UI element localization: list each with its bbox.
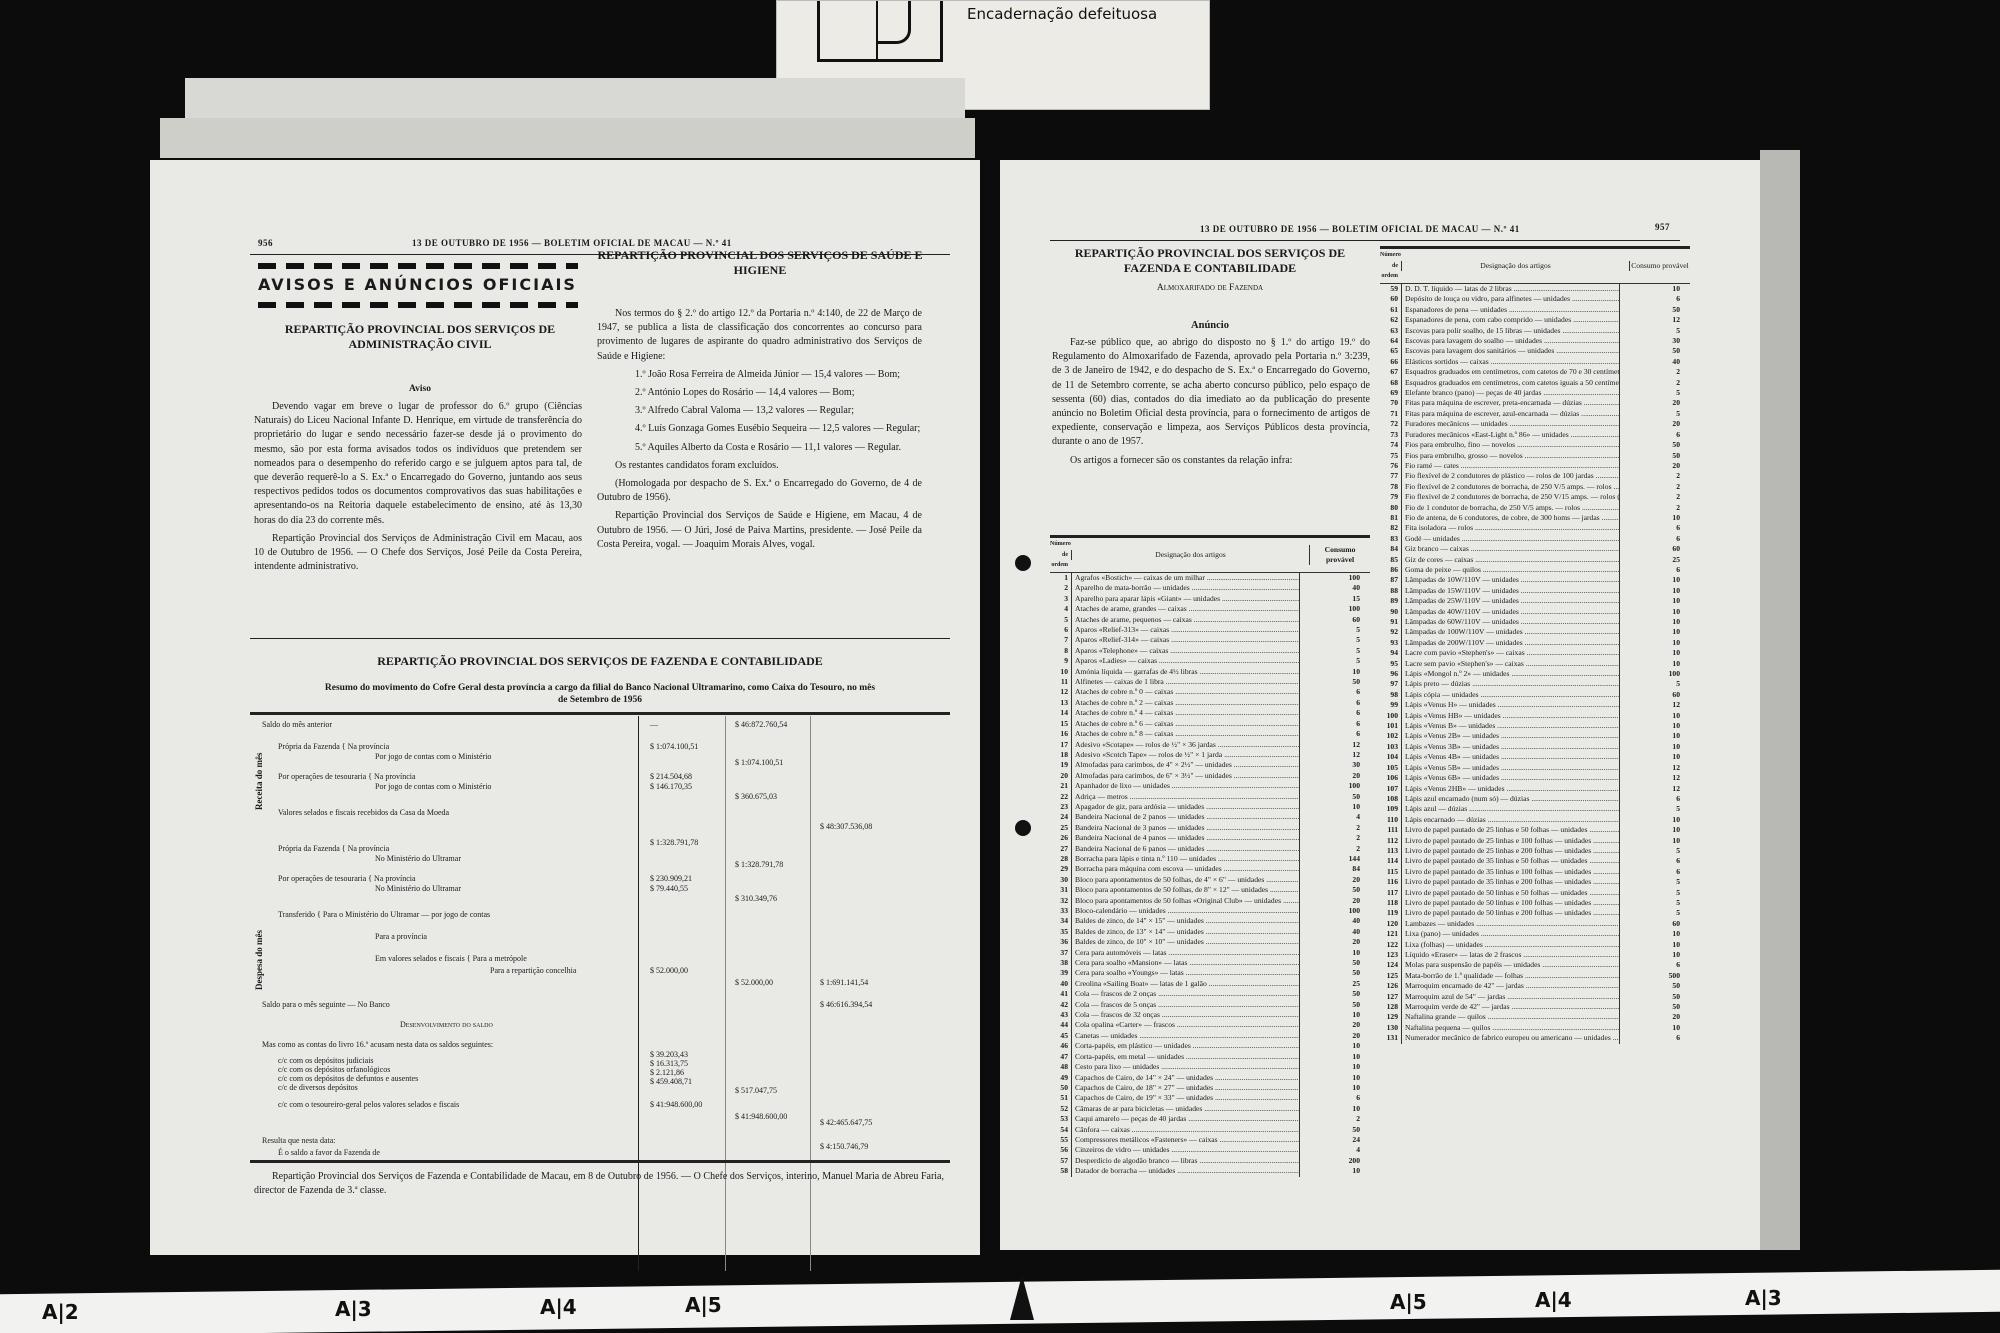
fin-row-c3: $ 1:691.141,54 (820, 978, 868, 987)
saude-intro: Nos termos do § 2.º do artigo 12.º da Po… (597, 307, 922, 364)
frame-marker: A|4 (540, 1295, 577, 1319)
table-header: Número de ordem Designação dos artigos C… (1380, 249, 1690, 284)
item-designation: Lambazes — unidades (1401, 919, 1619, 929)
table-row: 5Ataches de arame, pequenos — caixas60 (1050, 615, 1370, 625)
item-designation: Lápis «Venus B» — unidades (1401, 721, 1619, 731)
item-designation: Almofadas para carimbos, de 6" × 3½" — u… (1071, 771, 1299, 781)
item-number: 42 (1050, 1000, 1071, 1010)
item-designation: Godé — unidades (1401, 534, 1619, 544)
table-row: 12Ataches de cobre n.º 0 — caixas6 (1050, 687, 1370, 697)
table-row: 131Numerador mecânico de fabrico europeu… (1380, 1033, 1690, 1043)
table-row: 68Esquadros graduados em centímetros, co… (1380, 378, 1690, 388)
item-designation: Corta-papéis, em metal — unidades (1071, 1052, 1299, 1062)
item-number: 64 (1380, 336, 1401, 346)
table-row: 88Lâmpadas de 15W/110V — unidades10 (1380, 586, 1690, 596)
item-consumption: 50 (1619, 440, 1690, 450)
item-number: 5 (1050, 615, 1071, 625)
col-designation-header: Designação dos artigos (1071, 550, 1309, 560)
table-row: 23Apagador de giz, para ardósia — unidad… (1050, 802, 1370, 812)
item-number: 47 (1050, 1052, 1071, 1062)
fin-row-c1: $ 1:074.100,51 (650, 742, 698, 751)
table-header: Número de ordem Designação dos artigos C… (1050, 538, 1370, 573)
fin-row-c1: — (650, 720, 658, 729)
item-number: 101 (1380, 721, 1401, 731)
table-row: 31Bloco para apontamentos de 50 folhas, … (1050, 885, 1370, 895)
item-consumption: 20 (1619, 461, 1690, 471)
table-row: 117Livro de papel pautado de 50 linhas e… (1380, 888, 1690, 898)
item-designation: Naftalina grande — quilos (1401, 1012, 1619, 1022)
item-consumption: 12 (1619, 700, 1690, 710)
item-number: 4 (1050, 604, 1071, 614)
item-number: 39 (1050, 968, 1071, 978)
table-row: 109Lápis azul — dúzias5 (1380, 804, 1690, 814)
item-number: 54 (1050, 1125, 1071, 1135)
item-number: 14 (1050, 708, 1071, 718)
item-designation: Adesivo «Scotape» — rolos de ½" × 36 jar… (1071, 740, 1299, 750)
item-consumption: 6 (1299, 719, 1370, 729)
item-number: 60 (1380, 294, 1401, 304)
item-number: 95 (1380, 659, 1401, 669)
item-consumption: 10 (1619, 731, 1690, 741)
table-row: 71Fitas para máquina de escrever, azul-e… (1380, 409, 1690, 419)
item-number: 45 (1050, 1031, 1071, 1041)
table-row: 19Almofadas para carimbos, de 4" × 2½" —… (1050, 760, 1370, 770)
item-designation: Marroquim encarnado de 42" — jardas (1401, 981, 1619, 991)
film-strip-bottom (0, 1270, 2000, 1333)
table-row: 105Lápis «Venus 5B» — unidades12 (1380, 763, 1690, 773)
item-consumption: 6 (1619, 856, 1690, 866)
item-designation: Molas para suspensão de papéis — unidade… (1401, 960, 1619, 970)
item-consumption: 2 (1299, 844, 1370, 854)
item-designation: Lacre sem pavio «Stephen's» — caixas (1401, 659, 1619, 669)
item-designation: Bloco para apontamentos de 50 folhas «Or… (1071, 896, 1299, 906)
item-designation: Compressores metálicos «Fasteners» — cai… (1071, 1135, 1299, 1145)
col-number-header: Número de ordem (1380, 250, 1401, 281)
table-row: 53Caqui amarelo — peças de 40 jardas2 (1050, 1114, 1370, 1124)
fin-row-c2: $ 1:328.791,78 (735, 860, 783, 869)
item-number: 68 (1380, 378, 1401, 388)
item-consumption: 25 (1619, 555, 1690, 565)
item-designation: Apagador de giz, para ardósia — unidades (1071, 802, 1299, 812)
table-row: 120Lambazes — unidades60 (1380, 919, 1690, 929)
item-number: 19 (1050, 760, 1071, 770)
item-number: 10 (1050, 667, 1071, 677)
item-consumption: 20 (1299, 1031, 1370, 1041)
item-designation: Escovas para lavagem dos sanitários — un… (1401, 346, 1619, 356)
item-designation: Ataches de cobre n.º 6 — caixas (1071, 719, 1299, 729)
item-number: 16 (1050, 729, 1071, 739)
item-consumption: 20 (1619, 398, 1690, 408)
item-number: 122 (1380, 940, 1401, 950)
table-row: 83Godé — unidades6 (1380, 534, 1690, 544)
fazenda-signature: Repartição Provincial dos Serviços de Fa… (254, 1170, 944, 1198)
fin-row-label: Resulta que nesta data: (262, 1136, 336, 1145)
item-consumption: 100 (1299, 573, 1370, 583)
item-number: 83 (1380, 534, 1401, 544)
item-number: 80 (1380, 503, 1401, 513)
table-2-body: 59D. D. T. líquido — latas de 2 libras10… (1380, 284, 1690, 1044)
item-consumption: 5 (1619, 326, 1690, 336)
item-consumption: 5 (1619, 888, 1690, 898)
item-number: 108 (1380, 794, 1401, 804)
item-number: 78 (1380, 482, 1401, 492)
item-consumption: 10 (1619, 284, 1690, 294)
item-consumption: 10 (1619, 1023, 1690, 1033)
item-consumption: 6 (1619, 294, 1690, 304)
saude-signature: Repartição Provincial dos Serviços de Sa… (597, 509, 922, 552)
item-consumption: 50 (1299, 1125, 1370, 1135)
item-designation: Cera para automóveis — latas (1071, 948, 1299, 958)
page-stack-right (1760, 150, 1800, 1250)
item-number: 1 (1050, 573, 1071, 583)
item-consumption: 20 (1299, 896, 1370, 906)
candidate-2: 2.º António Lopes do Rosário — 14,4 valo… (597, 386, 922, 400)
item-consumption: 60 (1619, 544, 1690, 554)
item-consumption: 20 (1299, 1020, 1370, 1030)
table-row: 92Lâmpadas de 100W/110V — unidades10 (1380, 627, 1690, 637)
item-designation: Livro de papel pautado de 25 linhas e 10… (1401, 836, 1619, 846)
item-consumption: 144 (1299, 854, 1370, 864)
table-row: 36Baldes de zinco, de 10" × 10" — unidad… (1050, 937, 1370, 947)
fin-row-label: Saldo para o mês seguinte — No Banco (262, 1000, 390, 1009)
item-number: 17 (1050, 740, 1071, 750)
item-consumption: 25 (1299, 979, 1370, 989)
page-number-right: 957 (1655, 222, 1670, 232)
item-consumption: 50 (1619, 981, 1690, 991)
item-number: 109 (1380, 804, 1401, 814)
col-designation-header: Designação dos artigos (1401, 261, 1629, 271)
fin-row-c3: $ 4:150.746,79 (820, 1142, 868, 1151)
item-consumption: 60 (1619, 919, 1690, 929)
item-designation: Escovas para polir soalho, de 15 libras … (1401, 326, 1619, 336)
table-row: 41Cola — frascos de 2 onças50 (1050, 989, 1370, 999)
item-number: 66 (1380, 357, 1401, 367)
item-designation: Livro de papel pautado de 35 linhas e 10… (1401, 867, 1619, 877)
item-designation: Baldes de zinco, de 10" × 10" — unidades (1071, 937, 1299, 947)
item-designation: Lâmpadas de 60W/110V — unidades (1401, 617, 1619, 627)
item-number: 38 (1050, 958, 1071, 968)
item-designation: Lápis preto — dúzias (1401, 679, 1619, 689)
item-number: 128 (1380, 1002, 1401, 1012)
item-consumption: 30 (1299, 760, 1370, 770)
table-row: 125Mata-borrão de 1.ª qualidade — folhas… (1380, 971, 1690, 981)
item-number: 55 (1050, 1135, 1071, 1145)
item-consumption: 84 (1299, 864, 1370, 874)
item-number: 87 (1380, 575, 1401, 585)
item-consumption: 24 (1299, 1135, 1370, 1145)
item-consumption: 10 (1299, 1041, 1370, 1051)
table-row: 15Ataches de cobre n.º 6 — caixas6 (1050, 719, 1370, 729)
fin-row-label: c/c com os depósitos de defuntos e ausen… (278, 1074, 418, 1083)
item-designation: Elefante branco (pano) — peças de 40 jar… (1401, 388, 1619, 398)
fin-row-label: No Ministério do Ultramar (375, 884, 461, 893)
item-consumption: 2 (1619, 378, 1690, 388)
item-designation: Lâmpadas de 25W/110V — unidades (1401, 596, 1619, 606)
item-consumption: 10 (1619, 648, 1690, 658)
table-row: 102Lápis «Venus 2B» — unidades10 (1380, 731, 1690, 741)
table-row: 46Corta-papéis, em plástico — unidades10 (1050, 1041, 1370, 1051)
item-number: 121 (1380, 929, 1401, 939)
fin-row-label: c/c com o tesoureiro-geral pelos valores… (278, 1100, 459, 1109)
item-consumption: 5 (1619, 804, 1690, 814)
table-row: 34Baldes de zinco, de 14" × 15" — unidad… (1050, 916, 1370, 926)
item-designation: Lápis «Venus 5B» — unidades (1401, 763, 1619, 773)
item-designation: Desperdício de algodão branco — libras (1071, 1156, 1299, 1166)
item-number: 3 (1050, 594, 1071, 604)
table-row: 89Lâmpadas de 25W/110V — unidades10 (1380, 596, 1690, 606)
item-number: 97 (1380, 679, 1401, 689)
table-row: 60Depósito de louça ou vidro, para alfin… (1380, 294, 1690, 304)
item-consumption: 2 (1299, 833, 1370, 843)
item-consumption: 40 (1619, 357, 1690, 367)
item-number: 86 (1380, 565, 1401, 575)
item-consumption: 6 (1299, 698, 1370, 708)
item-number: 23 (1050, 802, 1071, 812)
ornament-rule-top (258, 263, 578, 269)
item-consumption: 10 (1619, 752, 1690, 762)
item-consumption: 50 (1299, 1000, 1370, 1010)
table-row: 95Lacre sem pavio «Stephen's» — caixas10 (1380, 659, 1690, 669)
item-designation: Fio flexível de 2 condutores de borracha… (1401, 492, 1619, 502)
table-row: 64Escovas para lavagem do soalho — unida… (1380, 336, 1690, 346)
item-designation: Fita isoladora — rolos (1401, 523, 1619, 533)
table-row: 114Livro de papel pautado de 35 linhas e… (1380, 856, 1690, 866)
item-designation: Goma de peixe — quilos (1401, 565, 1619, 575)
table-row: 40Creolina «Sailing Boat» — latas de 1 g… (1050, 979, 1370, 989)
table-row: 90Lâmpadas de 40W/110V — unidades10 (1380, 607, 1690, 617)
fin-row-c2: $ 517.047,75 (735, 1086, 777, 1095)
item-designation: Caqui amarelo — peças de 40 jardas (1071, 1114, 1299, 1124)
item-consumption: 10 (1299, 1083, 1370, 1093)
item-designation: Escovas para lavagem do soalho — unidade… (1401, 336, 1619, 346)
item-number: 92 (1380, 627, 1401, 637)
item-number: 46 (1050, 1041, 1071, 1051)
table-row: 22Adriça — metros50 (1050, 792, 1370, 802)
saude-homologation: (Homologada por despacho de S. Ex.ª o En… (597, 477, 922, 505)
item-consumption: 10 (1619, 929, 1690, 939)
item-consumption: 10 (1619, 627, 1690, 637)
item-consumption: 10 (1619, 950, 1690, 960)
item-designation: Fio de 1 condutor de borracha, de 250 V/… (1401, 503, 1619, 513)
item-designation: Líquido «Eraser» — latas de 2 frascos (1401, 950, 1619, 960)
item-consumption: 500 (1619, 971, 1690, 981)
candidate-4: 4.º Luís Gonzaga Gomes Eusébio Sequeira … (597, 422, 922, 436)
item-consumption: 60 (1619, 690, 1690, 700)
item-number: 113 (1380, 846, 1401, 856)
table-row: 101Lápis «Venus B» — unidades10 (1380, 721, 1690, 731)
item-designation: Lâmpadas de 10W/110V — unidades (1401, 575, 1619, 585)
item-number: 41 (1050, 989, 1071, 999)
item-designation: Lâmpadas de 15W/110V — unidades (1401, 586, 1619, 596)
item-consumption: 50 (1619, 451, 1690, 461)
admin-civil-heading: REPARTIÇÃO PROVINCIAL DOS SERVIÇOS DE AD… (250, 322, 590, 352)
almox-subheading: Almoxarifado de Fazenda (1050, 283, 1370, 293)
item-number: 84 (1380, 544, 1401, 554)
item-number: 112 (1380, 836, 1401, 846)
table-row: 10Amónia líquida — garrafas de 4½ libras… (1050, 667, 1370, 677)
table-row: 29Borracha para máquina com escova — uni… (1050, 864, 1370, 874)
table-row: 73Furadores mecânicos «East-Light n.º 86… (1380, 430, 1690, 440)
table-row: 24Bandeira Nacional de 2 panos — unidade… (1050, 812, 1370, 822)
table-row: 20Almofadas para carimbos, de 6" × 3½" —… (1050, 771, 1370, 781)
item-number: 37 (1050, 948, 1071, 958)
item-consumption: 60 (1299, 615, 1370, 625)
item-consumption: 2 (1619, 503, 1690, 513)
item-consumption: 12 (1619, 784, 1690, 794)
item-designation: Lápis azul encarnado (num só) — dúzias (1401, 794, 1619, 804)
item-number: 119 (1380, 908, 1401, 918)
item-consumption: 50 (1619, 992, 1690, 1002)
item-number: 59 (1380, 284, 1401, 294)
frame-marker: A|5 (685, 1293, 722, 1317)
table-row: 130Naftalina pequena — quilos10 (1380, 1023, 1690, 1033)
table-row: 121Lixa (pano) — unidades10 (1380, 929, 1690, 939)
frame-marker: A|5 (1390, 1290, 1427, 1314)
item-designation: Alfinetes — caixas de 1 libra (1071, 677, 1299, 687)
item-number: 91 (1380, 617, 1401, 627)
fin-row-label: No Ministério do Ultramar (375, 854, 461, 863)
item-number: 110 (1380, 815, 1401, 825)
item-consumption: 50 (1299, 968, 1370, 978)
item-consumption: 4 (1299, 1145, 1370, 1155)
item-consumption: 2 (1299, 823, 1370, 833)
table-row: 103Lápis «Venus 3B» — unidades10 (1380, 742, 1690, 752)
item-number: 12 (1050, 687, 1071, 697)
item-number: 94 (1380, 648, 1401, 658)
table-row: 50Capachos de Cairo, de 18" × 27" — unid… (1050, 1083, 1370, 1093)
item-number: 126 (1380, 981, 1401, 991)
item-consumption: 10 (1619, 513, 1690, 523)
item-number: 22 (1050, 792, 1071, 802)
item-designation: Marroquim verde de 42" — jardas (1401, 1002, 1619, 1012)
table-row: 58Datador de borracha — unidades10 (1050, 1166, 1370, 1176)
item-designation: Cola — frascos de 32 onças (1071, 1010, 1299, 1020)
table-row: 39Cera para soalho «Youngs» — latas50 (1050, 968, 1370, 978)
item-designation: Lápis «Venus 4B» — unidades (1401, 752, 1619, 762)
item-number: 26 (1050, 833, 1071, 843)
table-row: 11Alfinetes — caixas de 1 libra50 (1050, 677, 1370, 687)
fin-row-c2: $ 41:948.600,00 (735, 1112, 787, 1121)
item-designation: Bloco para apontamentos de 50 folhas, de… (1071, 885, 1299, 895)
item-designation: Aparelho para aparar lápis «Giant» — uni… (1071, 594, 1299, 604)
candidate-5: 5.º Aquiles Alberto da Costa e Rosário —… (597, 441, 922, 455)
item-consumption: 2 (1619, 367, 1690, 377)
table-row: 52Câmaras de ar para bicicletas — unidad… (1050, 1104, 1370, 1114)
fin-row-c2: $ 360.675,03 (735, 792, 777, 801)
item-consumption: 2 (1619, 492, 1690, 502)
item-number: 7 (1050, 635, 1071, 645)
admin-civil-body: Devendo vagar em breve o lugar de profes… (254, 400, 582, 528)
section-title: AVISOS E ANÚNCIOS OFICIAIS (258, 275, 577, 294)
item-designation: Lápis «Venus 3B» — unidades (1401, 742, 1619, 752)
item-number: 62 (1380, 315, 1401, 325)
item-designation: Marroquim azul de 54" — jardas (1401, 992, 1619, 1002)
item-number: 57 (1050, 1156, 1071, 1166)
item-designation: Bandeira Nacional de 4 panos — unidades (1071, 833, 1299, 843)
item-number: 88 (1380, 586, 1401, 596)
fin-row-c1: $ 230.909,21 (650, 874, 692, 883)
table-row: 129Naftalina grande — quilos20 (1380, 1012, 1690, 1022)
item-designation: Elásticos sortidos — caixas (1401, 357, 1619, 367)
item-number: 52 (1050, 1104, 1071, 1114)
table-row: 47Corta-papéis, em metal — unidades10 (1050, 1052, 1370, 1062)
item-designation: Bandeira Nacional de 2 panos — unidades (1071, 812, 1299, 822)
item-consumption: 20 (1299, 875, 1370, 885)
item-number: 44 (1050, 1020, 1071, 1030)
table-row: 123Líquido «Eraser» — latas de 2 frascos… (1380, 950, 1690, 960)
fin-row-c1: $ 146.170,35 (650, 782, 692, 791)
table-row: 118Livro de papel pautado de 50 linhas e… (1380, 898, 1690, 908)
item-designation: Cesto para lixo — unidades (1071, 1062, 1299, 1072)
item-number: 114 (1380, 856, 1401, 866)
fazenda-heading: REPARTIÇÃO PROVINCIAL DOS SERVIÇOS DE FA… (250, 654, 950, 669)
item-designation: Lápis «Venus HB» — unidades (1401, 711, 1619, 721)
item-designation: Fio de antena, de 6 condutores, de cobre… (1401, 513, 1619, 523)
item-consumption: 6 (1619, 1033, 1690, 1043)
item-number: 98 (1380, 690, 1401, 700)
item-designation: Lápis encarnado — dúzias (1401, 815, 1619, 825)
item-consumption: 50 (1299, 792, 1370, 802)
table-row: 2Aparelho de mata-borrão — unidades40 (1050, 583, 1370, 593)
running-header-right: 13 DE OUTUBRO DE 1956 — BOLETIM OFICIAL … (1200, 224, 1520, 234)
item-consumption: 5 (1299, 646, 1370, 656)
item-designation: Lacre com pavio «Stephen's» — caixas (1401, 648, 1619, 658)
item-number: 74 (1380, 440, 1401, 450)
table-row: 61Espanadores de pena — unidades50 (1380, 305, 1690, 315)
table-row: 54Cânfora — caixas50 (1050, 1125, 1370, 1135)
table-row: 119Livro de papel pautado de 50 linhas e… (1380, 908, 1690, 918)
item-designation: Aparos «Ladies» — caixas (1071, 656, 1299, 666)
item-designation: Canetas — unidades (1071, 1031, 1299, 1041)
item-consumption: 10 (1619, 617, 1690, 627)
fin-row-label: Em valores selados e fiscais { Para a me… (375, 954, 527, 963)
item-number: 69 (1380, 388, 1401, 398)
item-number: 8 (1050, 646, 1071, 656)
item-consumption: 10 (1299, 1062, 1370, 1072)
item-consumption: 10 (1299, 802, 1370, 812)
item-consumption: 20 (1619, 419, 1690, 429)
item-number: 70 (1380, 398, 1401, 408)
table-row: 94Lacre com pavio «Stephen's» — caixas10 (1380, 648, 1690, 658)
fin-row-c2: $ 1:074.100,51 (735, 758, 783, 767)
binder-hole (1015, 555, 1031, 571)
table-row: 93Lâmpadas de 200W/110V — unidades10 (1380, 638, 1690, 648)
table-row: 43Cola — frascos de 32 onças10 (1050, 1010, 1370, 1020)
table-row: 82Fita isoladora — rolos6 (1380, 523, 1690, 533)
item-number: 56 (1050, 1145, 1071, 1155)
table-row: 106Lápis «Venus 6B» — unidades12 (1380, 773, 1690, 783)
item-consumption: 10 (1619, 586, 1690, 596)
table-row: 111Livro de papel pautado de 25 linhas e… (1380, 825, 1690, 835)
item-number: 103 (1380, 742, 1401, 752)
item-designation: Cola — frascos de 2 onças (1071, 989, 1299, 999)
item-designation: Corta-papéis, em plástico — unidades (1071, 1041, 1299, 1051)
fin-row-label: c/c com os depósitos orfanológicos (278, 1065, 390, 1074)
item-designation: Espanadores de pena, com cabo comprido —… (1401, 315, 1619, 325)
item-designation: Lápis «Venus H» — unidades (1401, 700, 1619, 710)
item-designation: Naftalina pequena — quilos (1401, 1023, 1619, 1033)
item-consumption: 5 (1619, 846, 1690, 856)
item-consumption: 12 (1619, 773, 1690, 783)
table-row: 128Marroquim verde de 42" — jardas50 (1380, 1002, 1690, 1012)
item-designation: Bloco para apontamentos de 50 folhas, de… (1071, 875, 1299, 885)
item-number: 99 (1380, 700, 1401, 710)
item-designation: Lápis «Mongol n.º 2» — unidades (1401, 669, 1619, 679)
item-consumption: 40 (1299, 583, 1370, 593)
item-consumption: 15 (1299, 594, 1370, 604)
item-number: 11 (1050, 677, 1071, 687)
item-consumption: 5 (1619, 898, 1690, 908)
